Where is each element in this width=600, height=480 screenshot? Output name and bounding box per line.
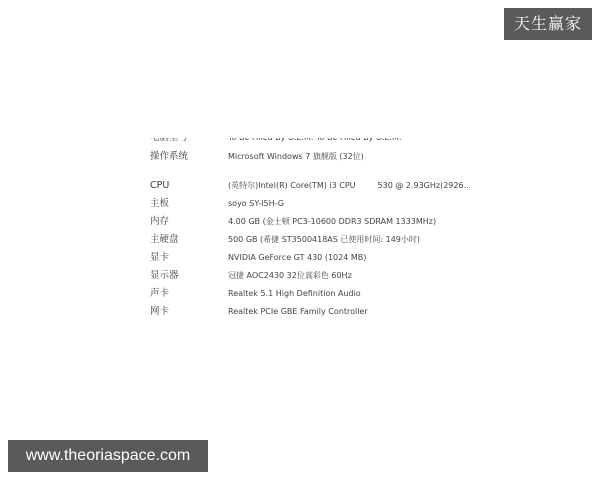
spec-label: 内存 xyxy=(150,213,226,231)
spec-value: soyo SY-I5H-G xyxy=(228,195,284,213)
spec-label: 声卡 xyxy=(150,285,226,303)
spec-value: Microsoft Windows 7 旗舰版 (32位) xyxy=(228,148,364,166)
spec-label: 主硬盘 xyxy=(150,231,226,249)
spec-value: NVIDIA GeForce GT 430 (1024 MB) xyxy=(228,249,366,267)
system-info-panel: 电脑型号 To Be Filled By O.E.M. To Be Filled… xyxy=(150,138,470,338)
spec-label: 主板 xyxy=(150,195,226,213)
spec-label: 显示器 xyxy=(150,267,226,285)
spec-value: (英特尔)Intel(R) Core(TM) i3 CPU530 @ 2.93G… xyxy=(228,177,470,195)
spec-label: 显卡 xyxy=(150,249,226,267)
spec-value: 冠捷 AOC2430 32位真彩色 60Hz xyxy=(228,267,352,285)
spec-value: 4.00 GB (金士顿 PC3-10600 DDR3 SDRAM 1333MH… xyxy=(228,213,436,231)
spec-label: 操作系统 xyxy=(150,148,226,166)
title-badge: 天生赢家 xyxy=(504,8,592,40)
watermark-url: www.theoriaspace.com xyxy=(8,440,208,472)
cpu-frequency: 530 @ 2.93GHz(2926... xyxy=(378,181,470,190)
spec-value: To Be Filled By O.E.M. To Be Filled By O… xyxy=(228,138,402,147)
cpu-model: (英特尔)Intel(R) Core(TM) i3 CPU xyxy=(228,181,356,190)
spec-value: Realtek PCIe GBE Family Controller xyxy=(228,303,368,321)
spec-label: CPU xyxy=(150,177,226,195)
spec-value: Realtek 5.1 High Definition Audio xyxy=(228,285,361,303)
spec-label: 电脑型号 xyxy=(150,138,226,147)
screenshot-stage: 天生赢家 电脑型号 To Be Filled By O.E.M. To Be F… xyxy=(0,0,600,480)
spec-label: 网卡 xyxy=(150,303,226,321)
spec-value: 500 GB (希捷 ST3500418AS 已使用时间: 149小时) xyxy=(228,231,420,249)
